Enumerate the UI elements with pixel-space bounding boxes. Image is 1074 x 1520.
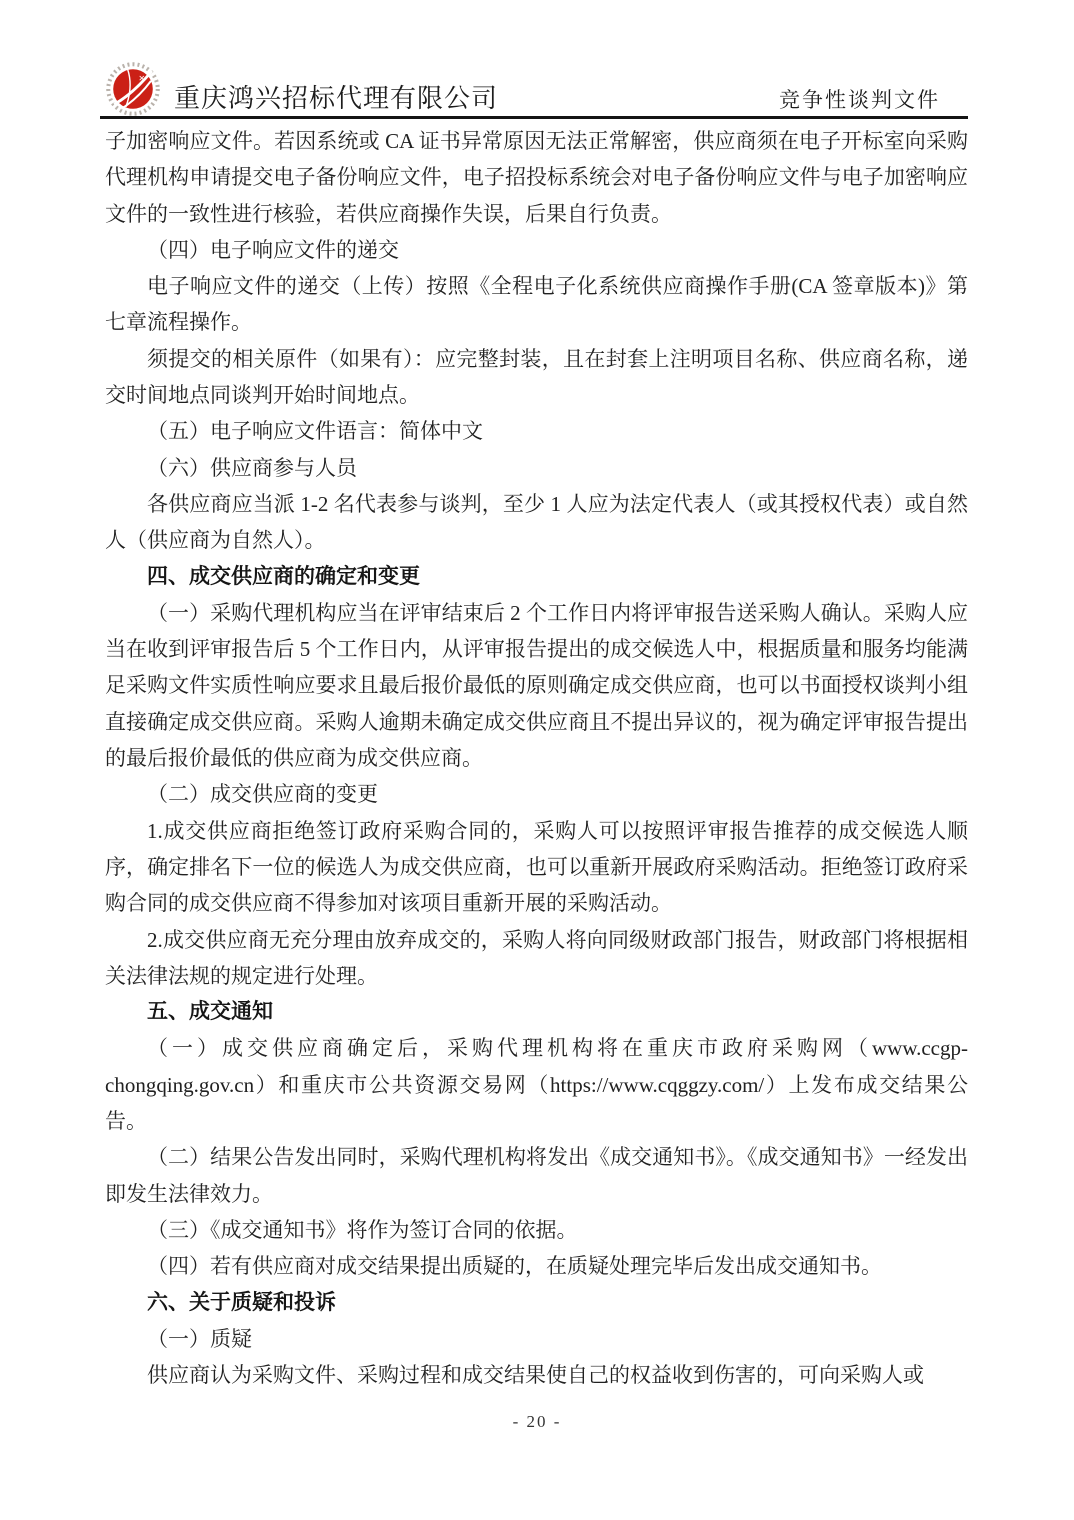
paragraph: 供应商认为采购文件、采购过程和成交结果使自己的权益收到伤害的，可向采购人或 (105, 1357, 968, 1393)
paragraph: （一）质疑 (105, 1321, 968, 1357)
paragraph: 2.成交供应商无充分理由放弃成交的，采购人将向同级财政部门报告，财政部门将根据相… (105, 922, 968, 995)
paragraph: 各供应商应当派 1-2 名代表参与谈判，至少 1 人应为法定代表人（或其授权代表… (105, 486, 968, 559)
paragraph-continuation: 子加密响应文件。若因系统或 CA 证书异常原因无法正常解密，供应商须在电子开标室… (105, 123, 968, 232)
company-name: 重庆鸿兴招标代理有限公司 (174, 78, 498, 115)
document-body: 子加密响应文件。若因系统或 CA 证书异常原因无法正常解密，供应商须在电子开标室… (105, 123, 968, 1393)
paragraph: （六）供应商参与人员 (105, 450, 968, 486)
page-footer: - 20 - (0, 1412, 1074, 1432)
section-heading-6: 六、关于质疑和投诉 (105, 1285, 968, 1321)
document-type-label: 竞争性谈判文件 (779, 84, 940, 114)
paragraph: （四）电子响应文件的递交 (105, 232, 968, 268)
paragraph: （一）采购代理机构应当在评审结束后 2 个工作日内将评审报告送采购人确认。采购人… (105, 595, 968, 776)
section-heading-5: 五、成交通知 (105, 994, 968, 1030)
paragraph: （二）成交供应商的变更 (105, 776, 968, 812)
paragraph: （一）成交供应商确定后，采购代理机构将在重庆市政府采购网（www.ccgp-ch… (105, 1030, 968, 1139)
paragraph: （五）电子响应文件语言：简体中文 (105, 413, 968, 449)
section-heading-4: 四、成交供应商的确定和变更 (105, 559, 968, 595)
document-page: ✕ 重庆鸿兴招标代理有限公司 竞争性谈判文件 子加密响应文件。若因系统或 CA … (0, 0, 1074, 1520)
header-divider (100, 116, 968, 119)
page-header: ✕ 重庆鸿兴招标代理有限公司 竞争性谈判文件 (100, 60, 968, 116)
page-number: - 20 - (513, 1412, 562, 1431)
paragraph: （四）若有供应商对成交结果提出质疑的，在质疑处理完毕后发出成交通知书。 (105, 1248, 968, 1284)
paragraph: 须提交的相关原件（如果有）：应完整封装，且在封套上注明项目名称、供应商名称，递交… (105, 341, 968, 414)
company-seal-logo-icon: ✕ (106, 62, 160, 116)
svg-text:✕: ✕ (138, 73, 145, 83)
paragraph: 1.成交供应商拒绝签订政府采购合同的，采购人可以按照评审报告推荐的成交候选人顺序… (105, 813, 968, 922)
paragraph: 电子响应文件的递交（上传）按照《全程电子化系统供应商操作手册(CA 签章版本)》… (105, 268, 968, 341)
paragraph: （二）结果公告发出同时，采购代理机构将发出《成交通知书》。《成交通知书》一经发出… (105, 1139, 968, 1212)
paragraph: （三）《成交通知书》将作为签订合同的依据。 (105, 1212, 968, 1248)
